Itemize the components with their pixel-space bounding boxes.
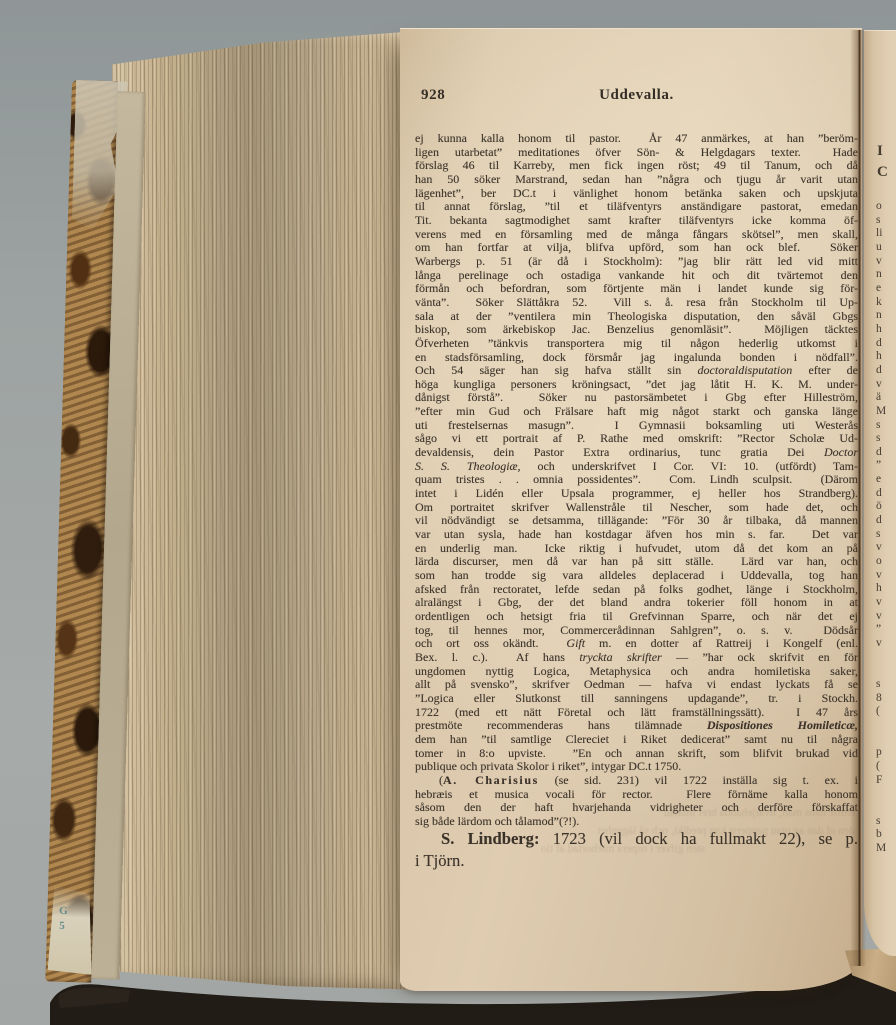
- page-header: 928 Uddevalla.: [415, 87, 858, 105]
- fragment-letter: (: [876, 760, 896, 774]
- page-body: ej kunna kalla honom til pastor. År 47 a…: [415, 132, 858, 872]
- fragment-letter: h: [876, 582, 896, 596]
- fragment-letter: v: [876, 637, 896, 651]
- text-line: sågo vi ett portrait af P. Rathe med oms…: [415, 432, 858, 446]
- left-page: 928 Uddevalla. ej kunna kalla honom til …: [400, 28, 862, 991]
- text-line: Öfverheten ”tänkvis transportera mig til…: [415, 337, 858, 351]
- text-line: dem han ”til samtlige Clereciet i Riket …: [415, 733, 858, 747]
- text-line: höga kungliga personers kröningsact, ”de…: [415, 378, 858, 392]
- text-line: en stadsförsamling, dock försmår jag ing…: [415, 351, 858, 365]
- text-line: långa perelinage och ostadiga vankande h…: [415, 269, 858, 283]
- fragment-letter: M: [876, 405, 896, 419]
- text-line: prestmöte recommenderas hans tilämnade D…: [415, 719, 858, 733]
- fragment-letter: li: [876, 227, 896, 241]
- fragment-letter: d: [876, 487, 896, 501]
- text-line: uti frestelsernas masugn”. I Gymnasii bo…: [415, 419, 858, 433]
- fragment-letter: I: [877, 141, 888, 162]
- show-through-text: sten gifver i nspera miehortad af tio: [425, 843, 705, 856]
- text-line: devaldensis, dein Pastor Extra ordinariu…: [415, 446, 858, 460]
- right-page-line-fragments: osliuvneknhdhdväMssd”edödsvovhvv”v s8( p…: [876, 200, 896, 883]
- text-line: sala at der ”ventilera min Theologiska d…: [415, 310, 858, 324]
- fragment-letter: d: [876, 514, 896, 528]
- para-continuation: ej kunna kalla honom til pastor. År 47 a…: [415, 132, 858, 774]
- text-line: biskop, som ärkebiskop Jac. Benzelius ge…: [415, 323, 858, 337]
- text-line: 1722 (med ett nätt Företal och lätt fram…: [415, 706, 858, 720]
- fragment-letter: d: [876, 446, 896, 460]
- fragment-letter: [876, 869, 896, 883]
- fragment-letter: h: [876, 323, 896, 337]
- fragment-letter: s: [876, 528, 896, 542]
- fragment-letter: v: [876, 378, 896, 392]
- text-line: en underlig man. Icke riktig i hufvudet,…: [415, 542, 858, 556]
- library-stamp: G5: [59, 904, 68, 934]
- text-line: tomer in 8:o upviste. ”En och annan skri…: [415, 747, 858, 761]
- fragment-letter: s: [876, 815, 896, 829]
- fragment-letter: s: [876, 432, 896, 446]
- text-line: S. S. Theologiæ, och underskrifvet I Cor…: [415, 460, 858, 474]
- fragment-letter: v: [876, 596, 896, 610]
- show-through-text: tebfte hans mätt, hvarjehanda bref intal…: [560, 807, 855, 820]
- text-line: afsked från rectoratet, lefde sedan på f…: [415, 583, 858, 597]
- text-line: quam tristes . . omnia possidentes”. Com…: [415, 473, 858, 487]
- show-through-text: den af dan ag utau papperst kan prediki,…: [480, 825, 855, 838]
- text-line: verens med en församling med de många få…: [415, 228, 858, 242]
- fragment-letter: n: [876, 268, 896, 282]
- fragment-letter: [876, 719, 896, 733]
- text-line: tog, til hennes mor, Commercerådinnan Sa…: [415, 624, 858, 638]
- fragment-letter: u: [876, 241, 896, 255]
- torn-label-bottom: G5: [48, 886, 95, 975]
- text-line: Bex. l. c.). Af hans tryckta skrifter — …: [415, 651, 858, 665]
- fragment-letter: h: [876, 350, 896, 364]
- fragment-letter: n: [876, 309, 896, 323]
- text-line: ej kunna kalla honom til pastor. År 47 a…: [415, 132, 858, 146]
- text-line: dånigst förstå”. Söker nu pastorsämbetet…: [415, 391, 858, 405]
- fragment-letter: s: [876, 214, 896, 228]
- text-line: han 50 söker Marstrand, sedan han ”några…: [415, 173, 858, 187]
- text-line: om han fortfar at vilja, blifva upförd, …: [415, 241, 858, 255]
- text-line: alralängst i Gbg, der det bland andra to…: [415, 596, 858, 610]
- fragment-letter: d: [876, 364, 896, 378]
- para-charisius: (A. Charisius (se sid. 231) vil 1722 ins…: [415, 774, 858, 829]
- text-line: och ort oss okändt. Gift m. en dotter af…: [415, 637, 858, 651]
- text-line: förslag 46 til Karreby, men fick ingen r…: [415, 159, 858, 173]
- text-line: som han trodde sig vara alldeles deplace…: [415, 569, 858, 583]
- text-line: allt på svensko”, skrifver Oedman — hafv…: [415, 678, 858, 692]
- fragment-letter: [876, 801, 896, 815]
- fragment-letter: v: [876, 255, 896, 269]
- fragment-letter: v: [876, 569, 896, 583]
- fragment-letter: p: [876, 746, 896, 760]
- fragment-letter: (: [876, 705, 896, 719]
- text-line: lägenhet”, ber DC.t i vänlighet honom be…: [415, 187, 858, 201]
- running-title: Uddevalla.: [415, 87, 858, 104]
- fragment-letter: ”: [876, 459, 896, 473]
- text-line: ”Logica eller Slutkonst till sanningens …: [415, 692, 858, 706]
- fragment-letter: [876, 856, 896, 870]
- text-line: Tit. bekanta sagtmodighet samt krafter t…: [415, 214, 858, 228]
- photo-scene: { "colors":{ "background_gray":"#9da3a2"…: [0, 0, 896, 1025]
- text-line: publique och privata Skolor i riket”, in…: [415, 760, 858, 774]
- text-line: var utan sysla, hade han kostdagar äfven…: [415, 528, 858, 542]
- fragment-letter: ö: [876, 500, 896, 514]
- fragment-letter: k: [876, 296, 896, 310]
- fragment-letter: M: [876, 842, 896, 856]
- right-page-sliver: IC osliuvneknhdhdväMssd”edödsvovhvv”v s8…: [864, 30, 896, 956]
- page-edges-fan: [112, 30, 430, 990]
- text-line: vil nödvändigt se detsamma, tillägande: …: [415, 514, 858, 528]
- text-line: ligen utarbetat” meditationes öfver Sön-…: [415, 146, 858, 160]
- text-line: vänta”. Söker Slättåkra 52. Vill s. å. r…: [415, 296, 858, 310]
- fragment-letter: s: [876, 419, 896, 433]
- fragment-letter: ä: [876, 391, 896, 405]
- text-line: intet i Lidén eller Upsala programmer, e…: [415, 487, 858, 501]
- text-line: (A. Charisius (se sid. 231) vil 1722 ins…: [415, 774, 858, 788]
- fragment-letter: v: [876, 610, 896, 624]
- text-line: förmån och befordran, som förtjente män …: [415, 282, 858, 296]
- text-line: ordentligen och hetsigt fria til Grefvin…: [415, 610, 858, 624]
- fragment-letter: [876, 733, 896, 747]
- fragment-letter: [876, 787, 896, 801]
- fragment-letter: [876, 664, 896, 678]
- fragment-letter: o: [876, 200, 896, 214]
- text-line: til annat förslag, ”til et tiläfventyrs …: [415, 200, 858, 214]
- fragment-letter: F: [876, 774, 896, 788]
- fragment-letter: C: [877, 162, 888, 183]
- text-line: ”efter min Gud och Frälsare haft mig någ…: [415, 405, 858, 419]
- fragment-letter: b: [876, 828, 896, 842]
- text-line: Om portraitet skrifver Wallenstråle til …: [415, 501, 858, 515]
- right-page-header-fragments: IC: [877, 141, 888, 183]
- fragment-letter: [876, 651, 896, 665]
- fragment-letter: 8: [876, 692, 896, 706]
- fragment-letter: e: [876, 282, 896, 296]
- text-line: Och 54 säger han sig hafva ställt sin do…: [415, 364, 858, 378]
- fragment-letter: e: [876, 473, 896, 487]
- text-line: Warbergs p. 51 (är då i Stockholm): ”jag…: [415, 255, 858, 269]
- fragment-letter: o: [876, 555, 896, 569]
- fragment-letter: v: [876, 541, 896, 555]
- text-line: hebræis et musica vocali för rector. Fle…: [415, 788, 858, 802]
- fragment-letter: s: [876, 678, 896, 692]
- fragment-letter: ”: [876, 623, 896, 637]
- text-line: lärda discurser, men då var han på sitt …: [415, 555, 858, 569]
- fragment-letter: d: [876, 337, 896, 351]
- text-line: ungdomen nyttig Logica, Metaphysica och …: [415, 665, 858, 679]
